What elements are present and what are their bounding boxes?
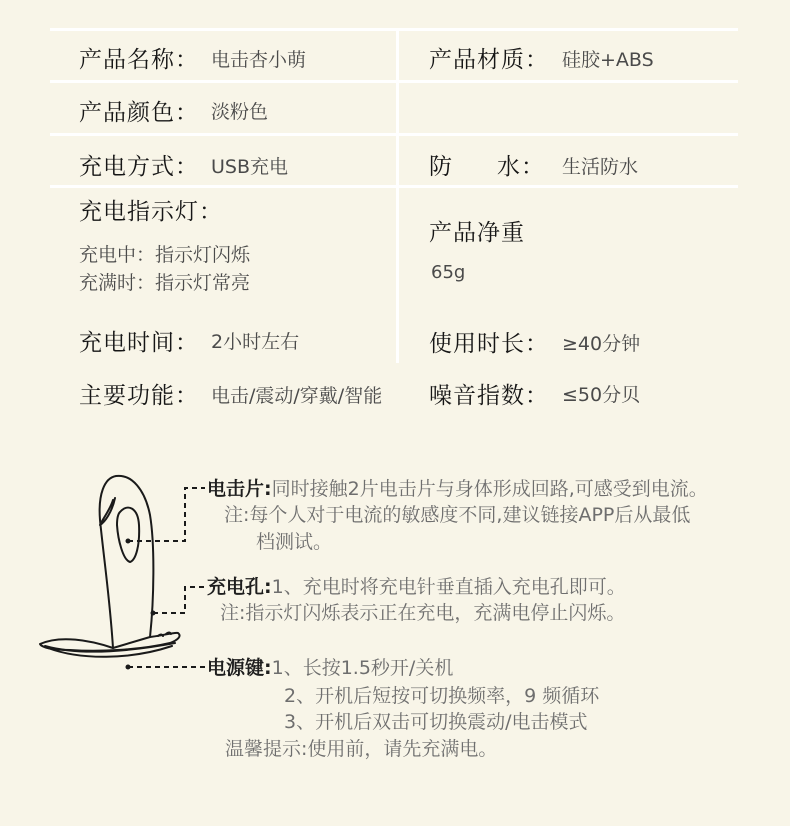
electrode-note-line1: 注:每个人对于电流的敏感度不同,建议链接APP后从最低 <box>224 502 690 528</box>
electrode-note-line2: 档测试。 <box>256 529 332 555</box>
power-key-step3: 3、开机后双击可切换震动/电击模式 <box>284 709 588 735</box>
charge-port-note: 注:指示灯闪烁表示正在充电，充满电停止闪烁。 <box>220 600 625 626</box>
electrode-title: 电击片: <box>207 478 272 500</box>
charge-port-annotation: 充电孔:1、充电时将充电针垂直插入充电孔即可。 <box>207 574 626 600</box>
warm-tip: 温馨提示:使用前，请先充满电。 <box>225 736 497 762</box>
power-key-step2: 2、开机后短按可切换频率，9 频循环 <box>284 683 599 709</box>
electrode-annotation: 电击片:同时接触2片电击片与身体形成回路,可感受到电流。 <box>207 476 708 502</box>
charge-port-text: 1、充电时将充电针垂直插入充电孔即可。 <box>272 576 626 598</box>
electrode-text: 同时接触2片电击片与身体形成回路,可感受到电流。 <box>272 478 708 500</box>
power-key-title: 电源键: <box>207 657 272 679</box>
power-key-annotation: 电源键:1、长按1.5秒开/关机 <box>207 655 453 681</box>
charge-port-title: 充电孔: <box>207 576 272 598</box>
power-key-step1: 1、长按1.5秒开/关机 <box>272 657 454 679</box>
